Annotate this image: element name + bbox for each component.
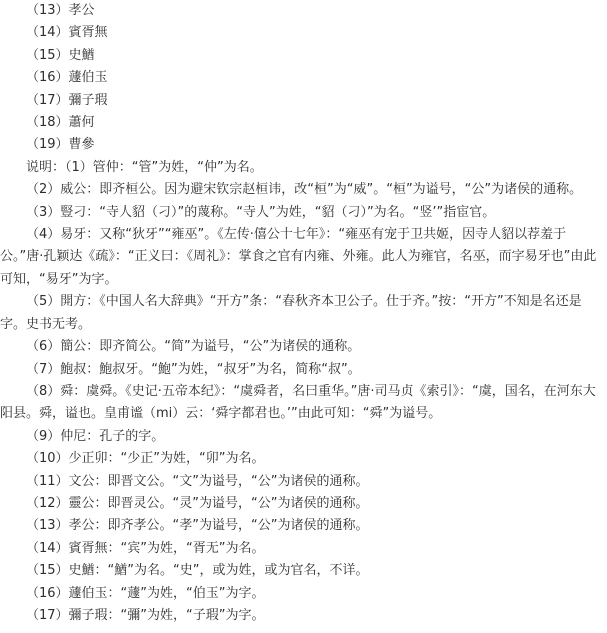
note-5: （5）開方：《中国人名大辞典》“开方”条：“春秋齐本卫公子。仕于齐。”按：“开方… bbox=[0, 291, 604, 336]
note-12: （12）靈公：即晋灵公。“灵”为谥号，“公”为诸侯的通称。 bbox=[0, 493, 604, 515]
list-item-15: （15）史鰌 bbox=[0, 45, 604, 67]
list-item-17: （17）彌子瑕 bbox=[0, 90, 604, 112]
notes-section: 说明：（1）管仲：“管”为姓，“仲”为名。 （2）威公：即齐桓公。因为避宋钦宗赵… bbox=[0, 157, 604, 628]
list-item-18: （18）蕭何 bbox=[0, 112, 604, 134]
list-item-19: （19）曹參 bbox=[0, 134, 604, 156]
document-page: （13）孝公 （14）賓胥無 （15）史鰌 （16）蘧伯玉 （17）彌子瑕 （1… bbox=[0, 0, 607, 633]
note-14: （14）賓胥無：“宾”为姓，“胥无”为名。 bbox=[0, 538, 604, 560]
note-17-clipped: （17）彌子瑕：“彌”为姓，“子瑕”为字。 bbox=[0, 605, 604, 627]
list-item-14: （14）賓胥無 bbox=[0, 22, 604, 44]
note-8: （8）舜：虞舜。《史记·五帝本纪》：“虞舜者，名曰重华。”唐·司马贞《索引》：“… bbox=[0, 381, 604, 426]
list-item-13: （13）孝公 bbox=[0, 0, 604, 22]
name-list: （13）孝公 （14）賓胥無 （15）史鰌 （16）蘧伯玉 （17）彌子瑕 （1… bbox=[0, 0, 604, 157]
note-9: （9）仲尼：孔子的字。 bbox=[0, 426, 604, 448]
note-10: （10）少正卯：“少正”为姓，“卯”为名。 bbox=[0, 448, 604, 470]
note-7: （7）鮑叔：鮑叔牙。“鮑”为姓，“叔牙”为名，简称“叔”。 bbox=[0, 359, 604, 381]
list-item-16: （16）蘧伯玉 bbox=[0, 67, 604, 89]
note-6: （6）簡公：即齐简公。“简”为谥号，“公”为诸侯的通称。 bbox=[0, 336, 604, 358]
note-3: （3）豎刁：“寺人貂（刁）”的蔑称。“寺人”为姓，“貂（刁）”为名。“竖’”指宦… bbox=[0, 202, 604, 224]
note-15: （15）史鰌：“鰌”为名。“史”，或为姓，或为官名，不详。 bbox=[0, 560, 604, 582]
note-11: （11）文公：即晋文公。“文”为谥号，“公”为诸侯的通称。 bbox=[0, 471, 604, 493]
notes-intro-note-1: 说明：（1）管仲：“管”为姓，“仲”为名。 bbox=[0, 157, 604, 179]
note-2: （2）威公：即齐桓公。因为避宋钦宗赵桓讳，改“桓”为“威”。“桓”为谥号，“公”… bbox=[0, 179, 604, 201]
note-4: （4）易牙：又称“狄牙”“雍巫”。《左传·僖公十七年》：“雍巫有宠于卫共姬，因寺… bbox=[0, 224, 604, 291]
note-16: （16）蘧伯玉：“蘧”为姓，“伯玉”为字。 bbox=[0, 583, 604, 605]
note-13: （13）孝公：即齐孝公。“孝”为谥号，“公”为诸侯的通称。 bbox=[0, 515, 604, 537]
